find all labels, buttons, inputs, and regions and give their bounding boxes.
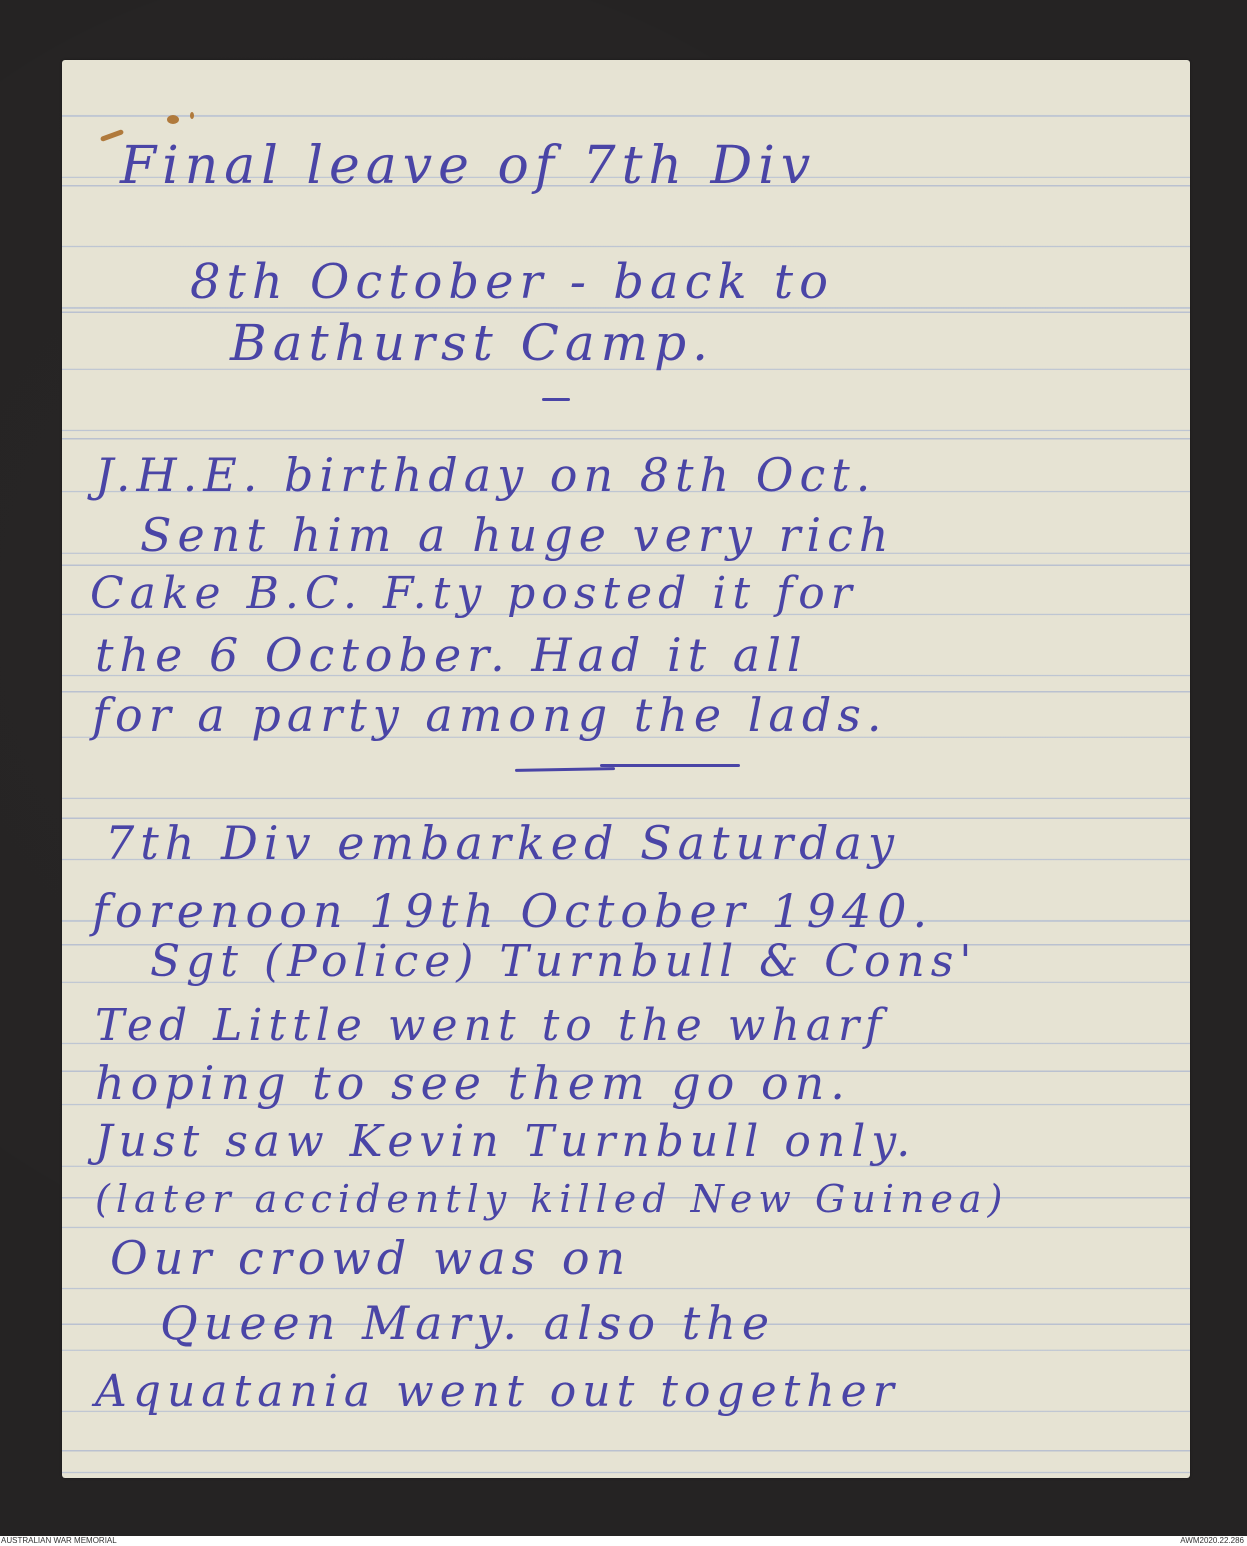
text-line: forenoon 19th October 1940. bbox=[92, 888, 933, 934]
text-line: (later accidently killed New Guinea) bbox=[95, 1180, 1008, 1218]
text-line: Our crowd was on bbox=[110, 1235, 631, 1281]
text-line: Bathurst Camp. bbox=[230, 318, 714, 368]
underline-stroke bbox=[542, 398, 570, 401]
underline-stroke bbox=[600, 764, 740, 767]
text-line: J.H.E. birthday on 8th Oct. bbox=[95, 452, 876, 498]
accession-number: AWM2020.22.286 bbox=[1180, 1536, 1244, 1545]
text-line: for a party among the lads. bbox=[92, 692, 888, 738]
ink-stain bbox=[167, 115, 179, 124]
text-line-title: Final leave of 7th Div bbox=[120, 140, 816, 192]
text-line: the 6 October. Had it all bbox=[95, 632, 808, 678]
institution-label: AUSTRALIAN WAR MEMORIAL bbox=[1, 1536, 117, 1545]
text-line: 7th Div embarked Saturday bbox=[105, 820, 900, 866]
text-line: Just saw Kevin Turnbull only. bbox=[95, 1120, 916, 1164]
text-line: Aquatania went out together bbox=[95, 1370, 900, 1414]
ink-stain bbox=[190, 112, 194, 119]
text-line: Ted Little went to the wharf bbox=[95, 1004, 887, 1048]
archive-footer: AUSTRALIAN WAR MEMORIAL AWM2020.22.286 bbox=[0, 1536, 1247, 1546]
text-line: Queen Mary. also the bbox=[160, 1300, 775, 1346]
text-line: Sent him a huge very rich bbox=[140, 512, 895, 558]
text-line: Sgt (Police) Turnbull & Cons' bbox=[150, 940, 977, 984]
text-line: 8th October - back to bbox=[190, 258, 834, 306]
text-line: Cake B.C. F.ty posted it for bbox=[90, 572, 858, 616]
text-line: hoping to see them go on. bbox=[95, 1060, 851, 1106]
